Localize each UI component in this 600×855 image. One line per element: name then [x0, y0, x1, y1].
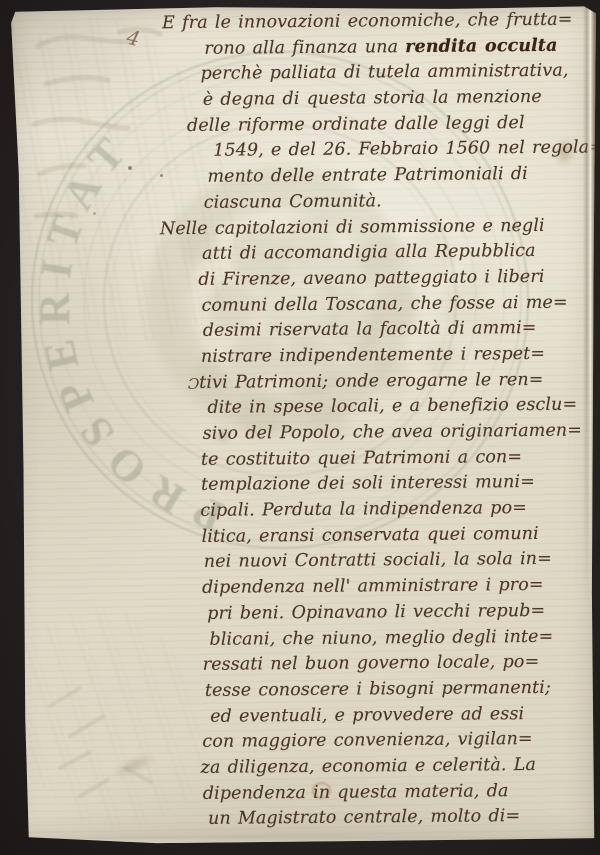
- manuscript-text: E fra le innovazioni economiche, che fru…: [10, 7, 596, 834]
- manuscript-line: perchè palliata di tutela amministrativa…: [200, 59, 596, 88]
- manuscript-line: mento delle entrate Patrimoniali di: [207, 162, 596, 191]
- manuscript-line: dipendenza nell' amministrare i pro=: [202, 573, 596, 602]
- manuscript-line: ressati nel buon governo locale, po=: [203, 650, 596, 679]
- manuscript-line: litica, eransi conservata quei comuni: [201, 521, 596, 550]
- overwritten-words: rendita occulta: [405, 35, 557, 56]
- manuscript-line: comuni della Toscana, che fosse ai me=: [201, 290, 596, 319]
- manuscript-line: dite in spese locali, e a benefizio escl…: [207, 393, 596, 422]
- manuscript-line: è degna di questa storia la menzione: [203, 84, 596, 113]
- manuscript-line: za diligenza, economia e celerità. La: [200, 752, 596, 781]
- line-fragment: rono alla finanza una: [204, 37, 405, 59]
- manuscript-line: pri beni. Opinavano li vecchi repub=: [207, 598, 596, 627]
- manuscript-line: cipali. Perduta la indipendenza po=: [200, 495, 596, 524]
- manuscript-line: di Firenze, aveano patteggiato i liberi: [198, 264, 596, 293]
- manuscript-line: templazione dei soli interessi muni=: [201, 470, 596, 499]
- manuscript-line: ed eventuali, e provvedere ad essi: [210, 701, 596, 730]
- manuscript-line: tivi Patrimoni; onde erogarne le ren=: [199, 367, 596, 396]
- manuscript-line: sivo del Popolo, che avea originariamen=: [203, 418, 596, 447]
- manuscript-photo: PROSPERITAT: [0, 0, 600, 855]
- manuscript-line: un Magistrato centrale, molto di=: [208, 804, 596, 833]
- manuscript-line: nistrare indipendentemente i respet=: [201, 341, 596, 370]
- manuscript-line: 1549, e del 26. Febbraio 1560 nel regola…: [213, 136, 596, 165]
- manuscript-line: atti di accomandigia alla Repubblica: [202, 239, 596, 268]
- manuscript-line: rono alla finanza una rendita occulta: [204, 33, 596, 62]
- manuscript-line: blicani, che niuno, meglio degli inte=: [209, 624, 596, 653]
- page-fold-edge: [583, 6, 596, 606]
- manuscript-line: con maggiore convenienza, vigilan=: [202, 727, 596, 756]
- manuscript-page: PROSPERITAT: [10, 6, 596, 844]
- manuscript-line: te costituito quei Patrimoni a con=: [201, 444, 596, 473]
- manuscript-line: E fra le innovazioni economiche, che fru…: [162, 7, 596, 36]
- manuscript-line: desimi riservata la facoltà di ammi=: [203, 316, 596, 345]
- bottom-deckle-edge: [28, 838, 591, 844]
- manuscript-line: tesse conoscere i bisogni permanenti;: [205, 675, 596, 704]
- manuscript-line: nei nuovi Contratti sociali, la sola in=: [204, 547, 596, 576]
- manuscript-line: Nelle capitolazioni di sommissione e neg…: [160, 213, 596, 243]
- manuscript-line: dipendenza in questa materia, da: [203, 778, 596, 807]
- manuscript-line: delle riforme ordinate dalle leggi del: [187, 110, 596, 139]
- manuscript-line: ciascuna Comunità.: [204, 187, 596, 216]
